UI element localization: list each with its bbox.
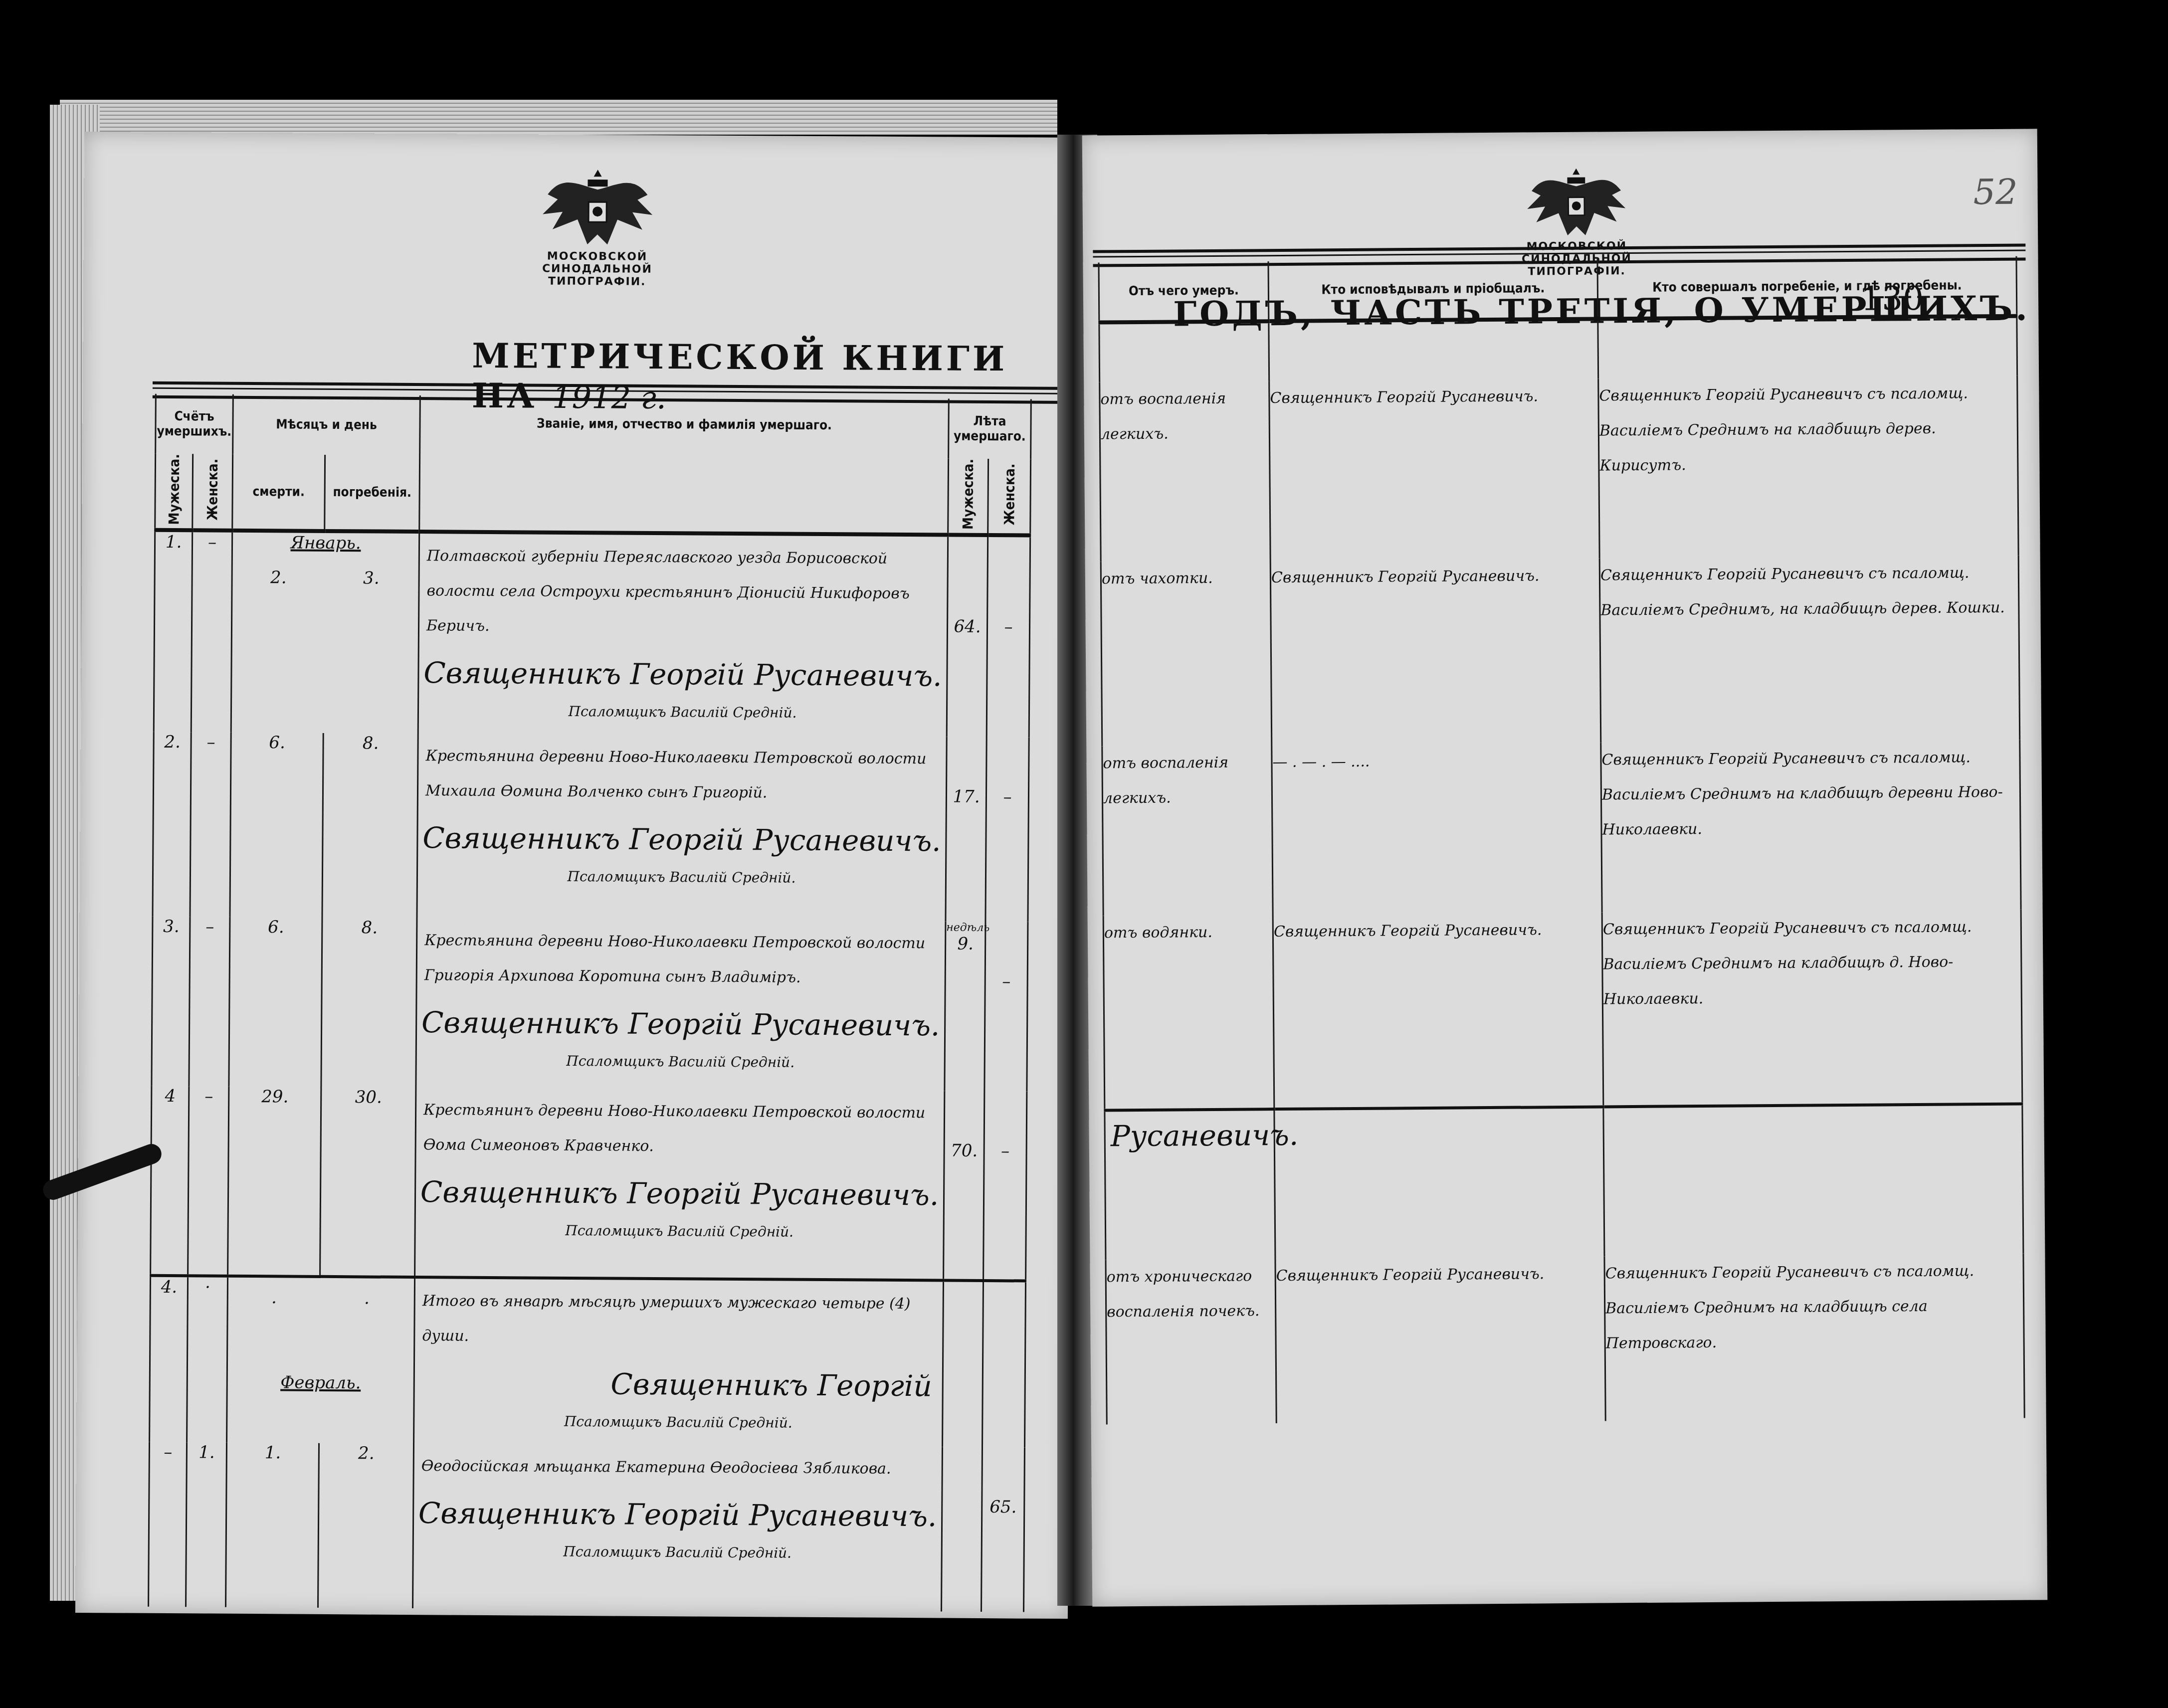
psalmist-signature: Псаломщикъ Василій Средній. [419, 697, 946, 737]
entry-count-female: – [188, 1087, 229, 1276]
entry-death-day: 2. [233, 553, 325, 588]
entry-deceased-description: Крестьянина деревни Ново-Николаевки Петр… [418, 734, 946, 816]
psalmist-signature: Псаломщикъ Василій Средній. [415, 1216, 943, 1256]
psalmist-signature: Псаломщикъ Василій Средній. [418, 862, 945, 902]
col-header-month-day: Мѣсяцъ и день [233, 394, 420, 455]
entry-count-male: 4 [151, 1086, 189, 1276]
register-entry: отъ воспаленія легкихъ. Священникъ Георг… [1100, 376, 2018, 562]
entry-age-female: 65. [982, 1447, 1025, 1612]
double-headed-eagle-icon [1516, 159, 1636, 245]
col-header-burial-officiant-place: Кто совершалъ погребеніе, и гдѣ погребен… [1597, 256, 2017, 319]
col-header-age-male: Мужеска. [948, 459, 988, 536]
entry-count-male: – [149, 1442, 187, 1607]
entry-burial-details: Священникъ Георгій Русаневичъ съ псаломщ… [1602, 910, 2022, 1107]
col-header-count-female: Женска. [193, 454, 233, 531]
entry-burial-day: 8. [322, 733, 418, 918]
register-entry: отъ воспаленія легкихъ. — . — . — .... С… [1102, 740, 2021, 916]
emblem-ribbon-text: МОСКОВСКОЙ СИНОДАЛЬНОЙ ТИПОГРАФІИ. [492, 250, 702, 289]
entry-count-male: 1. [154, 530, 192, 732]
entry-cause-of-death: отъ воспаленія легкихъ. [1100, 381, 1271, 562]
entry-burial-details: Священникъ Георгій Русаневичъ съ псаломщ… [1601, 740, 2021, 913]
col-header-age-female: Женска. [988, 459, 1031, 536]
entry-confessor: Священникъ Георгій Русаневичъ. [1270, 558, 1601, 745]
col-header-death-date: смерти. [232, 454, 325, 531]
entry-deceased-description: Полтавской губерніи Переяславского уезда… [419, 534, 947, 651]
psalmist-signature: Псаломщикъ Василій Средній. [414, 1407, 942, 1447]
monthly-summary-row: 4. · · · Февраль. Итого въ январѣ мѣсяцѣ… [150, 1276, 1026, 1448]
month-label-february: Февраль. [228, 1372, 413, 1393]
entry-death-day: 1. [226, 1443, 319, 1608]
priest-signature: Священникъ Георгій Русаневичъ. [418, 813, 946, 865]
col-header-age: Лѣта умершаго. [949, 399, 1031, 459]
priest-signature: Священникъ Георгій Русаневичъ. [416, 1167, 944, 1219]
entry-burial-day: 2. [318, 1443, 414, 1608]
col-header-count-male: Мужеска. [155, 454, 193, 531]
entry-count-female: – [190, 733, 231, 917]
entry-cause-of-death: отъ воспаленія легкихъ. [1102, 745, 1273, 916]
entry-burial-day: 3. [324, 553, 418, 588]
entry-age-male: 9. [946, 934, 985, 954]
deaths-register-left-table: Счётъ умершихъ. Мѣсяцъ и день Званіе, им… [148, 394, 1032, 1612]
entry-age-female: – [985, 737, 1029, 922]
entry-age-male: 64. [947, 535, 987, 737]
entry-burial-day: 30. [320, 1087, 416, 1277]
monthly-summary-text: Итого въ январѣ мѣсяцѣ умершихъ мужескаг… [415, 1279, 943, 1361]
register-entry: отъ водянки. Священникъ Георгій Русаневи… [1103, 910, 2022, 1111]
priest-signature: Священникъ Георгій Русаневичъ. [414, 1489, 942, 1540]
entry-confessor: — . — . — .... [1272, 743, 1602, 915]
priest-signature: Священникъ Георгій Русаневичъ. [417, 998, 945, 1050]
double-headed-eagle-icon [533, 159, 663, 255]
entry-death-day: 29. [228, 1087, 321, 1277]
summary-death-day: · [228, 1278, 320, 1313]
entry-age-female: – [985, 922, 1028, 1092]
entry-age-male: 70. [944, 1091, 985, 1281]
entry-age-male [942, 1447, 983, 1612]
col-header-name: Званіе, имя, отчество и фамилія умершаго… [419, 395, 949, 535]
page-stack-top-edge [60, 100, 1057, 135]
entry-cause-of-death: отъ хроническаго воспаленія почекъ. [1106, 1259, 1276, 1424]
col-header-burial-date: погребенія. [325, 455, 420, 532]
entry-count-female: – [191, 531, 232, 733]
register-entry: отъ чахотки. Священникъ Георгій Русаневи… [1101, 556, 2020, 747]
entry-burial-day: 8. [321, 918, 417, 1088]
entry-deceased-description: Ѳеодосійская мѣщанка Екатерина Ѳеодосіев… [414, 1444, 942, 1492]
col-header-death-count: Счётъ умершихъ. [156, 394, 233, 454]
summary-count-female: · [187, 1276, 228, 1443]
entry-count-female: – [189, 917, 230, 1087]
register-entry: отъ хроническаго воспаленія почекъ. Свящ… [1106, 1254, 2024, 1425]
entry-confessor: Священникъ Георгій Русаневичъ. [1275, 1256, 1605, 1423]
entry-confessor: Священникъ Георгій Русаневичъ. [1269, 379, 1599, 561]
entry-death-day: 6. [229, 917, 322, 1087]
register-entry: 4 – 29. 30. Крестьянинъ деревни Ново-Ник… [151, 1086, 1027, 1281]
entry-burial-details: Священникъ Георгій Русаневичъ съ псаломщ… [1598, 376, 2018, 559]
psalmist-signature: Псаломщикъ Василій Средній. [416, 1047, 944, 1086]
entry-burial-details: Священникъ Георгій Русаневичъ съ псаломщ… [1604, 1254, 2024, 1421]
register-entry: 1. – Январь. 2. 3. Полтавской губерніи П… [154, 530, 1030, 738]
entry-count-female: 1. [186, 1443, 227, 1607]
deaths-register-right-table: Отъ чего умеръ. Кто исповѣдывалъ и пріоб… [1098, 256, 2025, 1425]
month-label-january: Январь. [233, 533, 418, 554]
entry-count-male: 3. [152, 917, 190, 1086]
archive-folio-number: 52 [1973, 172, 2018, 213]
right-page: 52 МОСКОВСКОЙ СИНОДАЛЬНОЙ ТИПОГРАФІИ. ГО… [1082, 129, 2048, 1606]
entry-deceased-description: Крестьянинъ деревни Ново-Николаевки Петр… [416, 1088, 944, 1170]
entry-death-day: 6. [230, 733, 323, 918]
entry-burial-details: Священникъ Георгій Русаневичъ съ псаломщ… [1599, 556, 2020, 743]
imperial-eagle-emblem-left: МОСКОВСКОЙ СИНОДАЛЬНОЙ ТИПОГРАФІИ. [492, 159, 703, 289]
entry-age-female: – [986, 535, 1030, 738]
entry-deceased-description: Крестьянина деревни Ново-Николаевки Петр… [417, 918, 945, 1001]
entry-age-female: – [984, 1091, 1027, 1281]
psalmist-signature: Псаломщикъ Василій Средній. [413, 1537, 941, 1577]
priest-signature: Священникъ Георгій Русаневичъ. [419, 648, 947, 700]
register-entry: – 1. 1. 2. Ѳеодосійская мѣщанка Екатерин… [149, 1442, 1025, 1612]
register-entry: 2. – 6. 8. Крестьянина деревни Ново-Нико… [153, 732, 1029, 922]
entry-cause-of-death: отъ водянки. [1103, 915, 1274, 1110]
entry-age-male: 17. [946, 737, 986, 922]
col-header-cause-of-death: Отъ чего умеръ. [1099, 261, 1269, 322]
priest-signature-continuation: Русаневичъ. [1105, 1111, 1274, 1160]
col-header-confessor: Кто исповѣдывалъ и пріобщалъ. [1268, 259, 1598, 322]
priest-signature: Священникъ Георгій [414, 1358, 942, 1410]
entry-cause-of-death: отъ чахотки. [1101, 561, 1272, 746]
monthly-summary-row: Русаневичъ. [1105, 1104, 2023, 1260]
summary-count-male: 4. [150, 1276, 188, 1442]
entry-count-male: 2. [153, 732, 191, 917]
summary-burial-day: · [320, 1278, 414, 1314]
entry-confessor: Священникъ Георгій Русаневичъ. [1273, 912, 1603, 1109]
register-entry: 3. – 6. 8. Крестьянина деревни Ново-Нико… [152, 917, 1028, 1092]
entry-age-unit-note: недѣль [946, 922, 985, 934]
left-page: МОСКОВСКОЙ СИНОДАЛЬНОЙ ТИПОГРАФІИ. МЕТРИ… [75, 132, 1077, 1619]
